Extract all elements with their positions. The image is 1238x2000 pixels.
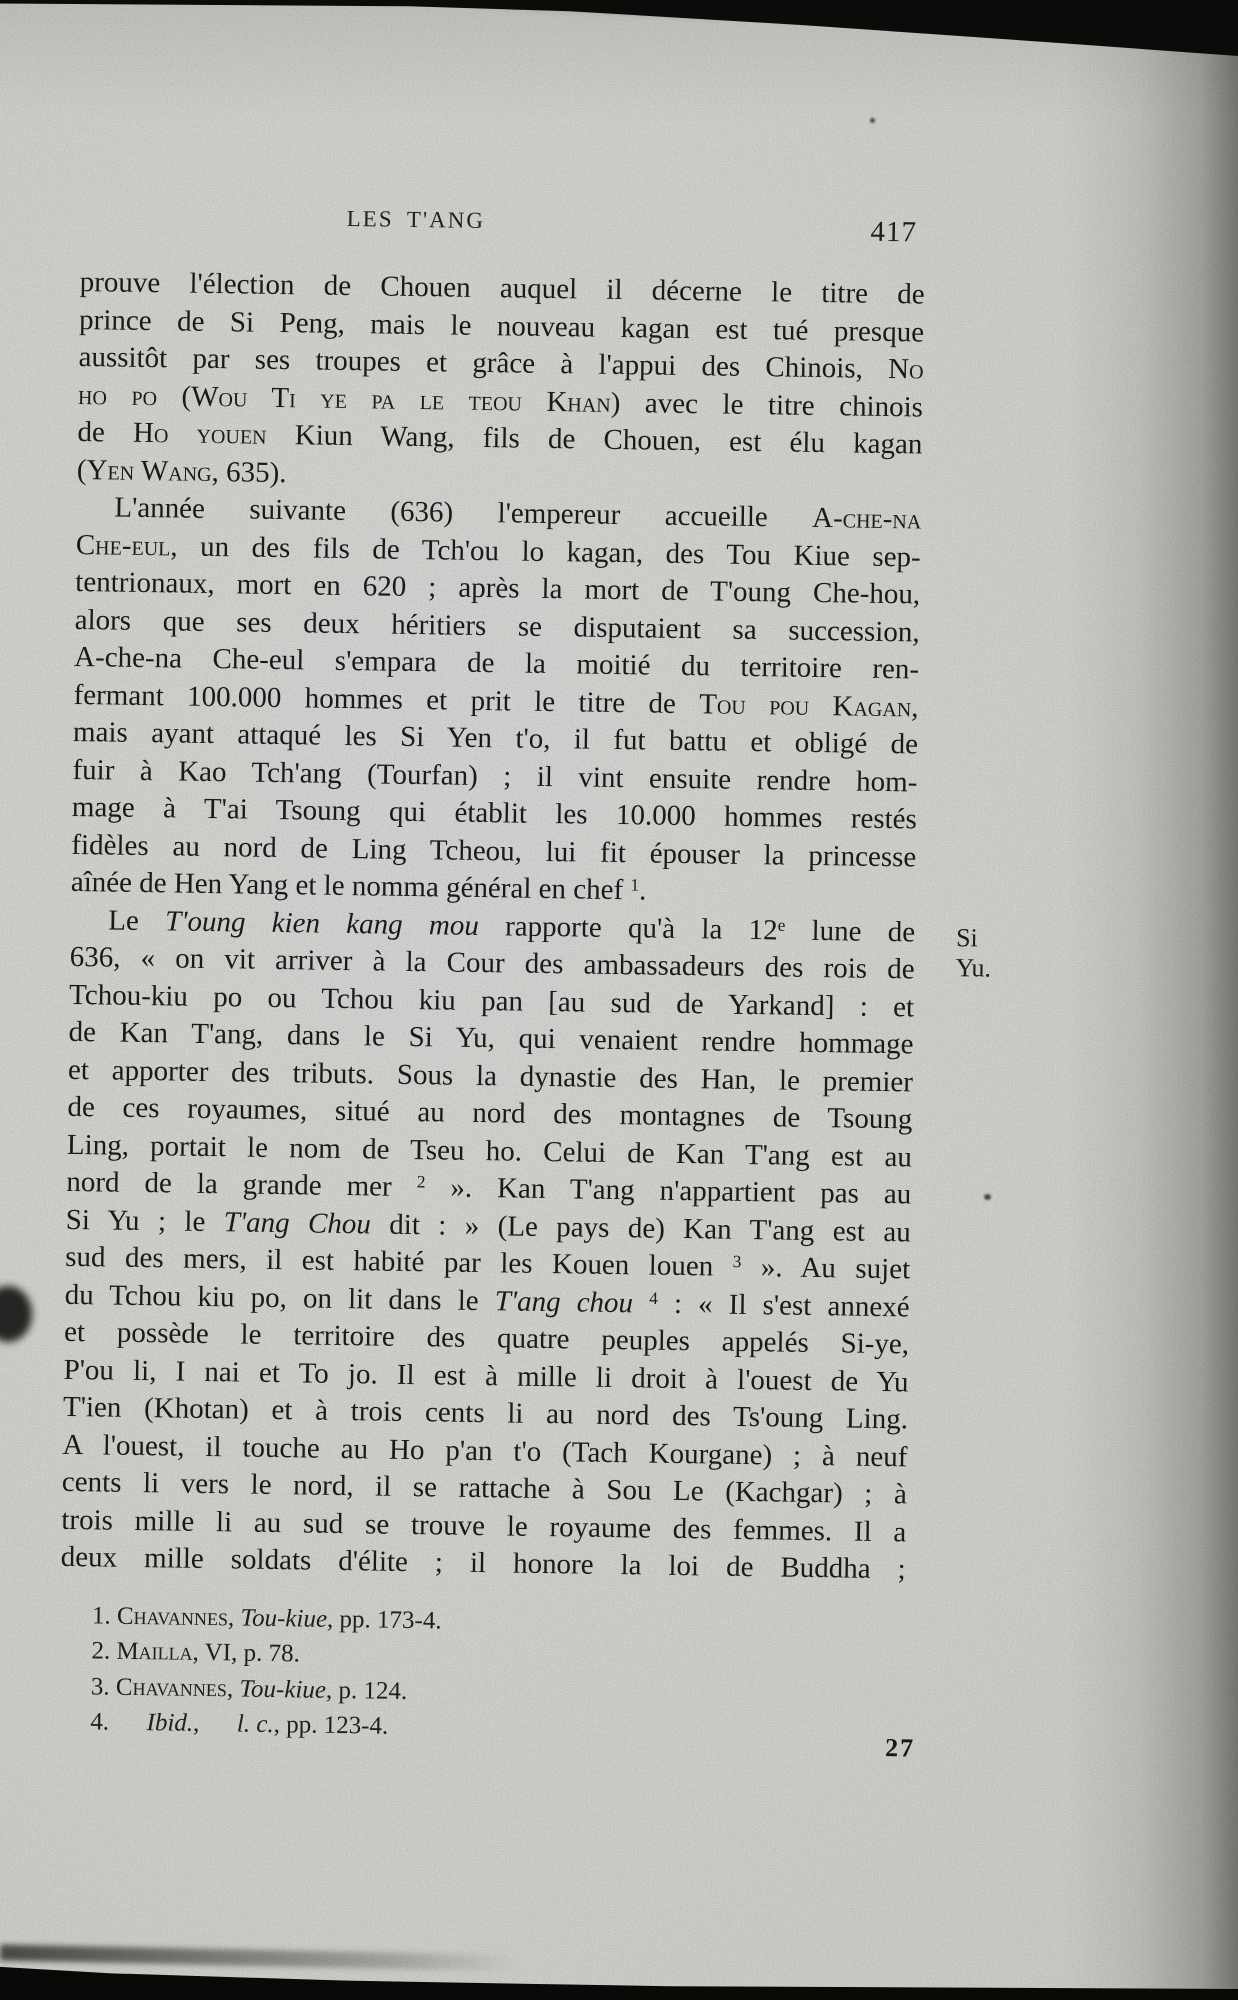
footnotes: 1. Chavannes, Tou-kiue, pp. 173-4.2. Mai… [58,1597,905,1752]
scan-edge-smear-bottom [0,1945,520,1972]
scan-edge-top [0,0,1238,70]
page-number: 417 [870,216,917,250]
paper-speck [984,1194,991,1200]
page-text-block: LES T'ANG 417 prouve l'élection de Choue… [58,264,925,1752]
scanned-book-page: LES T'ANG 417 prouve l'élection de Choue… [0,0,1238,2000]
ink-blot [0,1286,32,1342]
signature-mark: 27 [885,1733,915,1763]
body-text: prouve l'élection de Chouen auquel il dé… [61,264,925,1589]
paper-speck [870,118,875,123]
margin-note: Si Yu. [955,923,991,984]
running-title: LES T'ANG [347,206,486,234]
